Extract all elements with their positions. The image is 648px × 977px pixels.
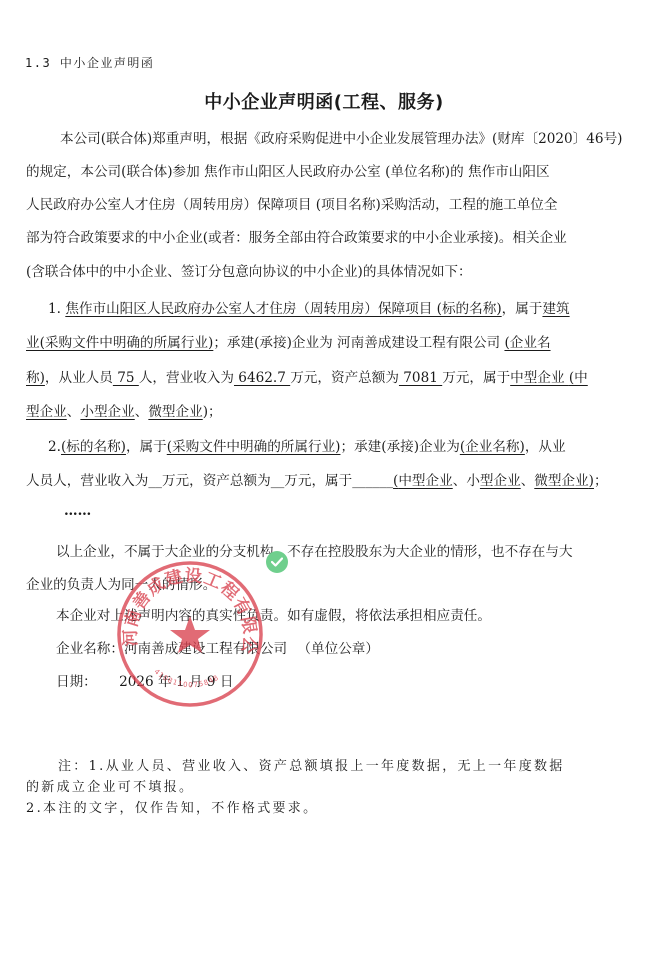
date-label: 日期： <box>56 674 97 690</box>
note-line: 2.本注的文字，仅作告知，不作格式要求。 <box>26 797 318 816</box>
industry: (采购文件中明确的所属行业) <box>167 439 341 455</box>
intro-line: 人民政府办公室人才住房（周转用房）保障项目 (项目名称)采购活动，工程的施工单位… <box>26 193 558 213</box>
year: 2026 <box>119 674 154 690</box>
text: ，从业 <box>525 439 566 455</box>
date-line: 日期： 2026 年 1 月 9 日 <box>56 670 233 690</box>
text: 万元，资产总额为 <box>162 473 271 489</box>
size-option: 型企业 <box>480 473 521 489</box>
size-option: 小型企业 <box>80 404 134 420</box>
text: 万元，属于 <box>284 473 352 489</box>
target-name: (标的名称) <box>61 439 126 455</box>
text: 、 <box>521 473 535 489</box>
assets: 7081 <box>399 370 442 386</box>
ellipsis: …… <box>64 503 91 519</box>
text: ，属于 <box>126 439 167 455</box>
size-option: 微型企业 <box>534 473 588 489</box>
size-option: 中型企业 <box>398 473 452 489</box>
intro-line: 部为符合政策要求的中小企业(或者：服务全部由符合政策要求的中小企业承接)。相关企… <box>26 226 567 246</box>
text: 小 <box>466 473 480 489</box>
enterprise-size: 中型企业 <box>510 370 569 386</box>
month: 1 <box>176 674 185 690</box>
size-options: (中 <box>569 370 588 386</box>
text: )； <box>203 404 222 420</box>
blank: __ <box>148 473 162 489</box>
note-line: 的新成立企业可不填报。 <box>26 776 194 795</box>
industry: 业(采购文件中明确的所属行业) <box>26 335 213 351</box>
company-label: 称) <box>26 370 45 386</box>
item-number: 1. <box>48 301 61 317</box>
text: 、 <box>67 404 81 420</box>
text: 人员人，营业收入为 <box>26 473 148 489</box>
item1-line: 型企业、小型企业、微型企业)； <box>26 400 222 420</box>
statement-line: 企业的负责人为同一人的情形。 <box>26 573 216 593</box>
month-unit: 月 <box>189 674 203 690</box>
day-unit: 日 <box>220 674 234 690</box>
blank: __ <box>271 473 285 489</box>
year-unit: 年 <box>158 674 172 690</box>
size-option: 微型企业 <box>148 404 202 420</box>
text: ；承建(承接)企业为 <box>340 439 459 455</box>
company-name: (企业名称) <box>460 439 525 455</box>
project-name: 焦作市山阳区人民政府办公室人才住房（周转用房）保障项目 (标的名称) <box>65 301 501 317</box>
item2-line: 2.(标的名称)，属于(采购文件中明确的所属行业)；承建(承接)企业为(企业名称… <box>48 435 566 455</box>
item1-line: 称)，从业人员 75 人，营业收入为 6462.7 万元，资产总额为 7081 … <box>26 366 588 386</box>
page-title: 中小企业声明函(工程、服务) <box>0 88 648 114</box>
section-heading: 1.3 中小企业声明函 <box>25 54 154 71</box>
statement-line: 本企业对上述声明内容的真实性负责。如有虚假，将依法承担相应责任。 <box>56 604 491 624</box>
text: ；承建(承接)企业为 河南善成建设工程有限公司 <box>213 335 504 351</box>
item-number: 2. <box>48 439 61 455</box>
text: ，从业人员 <box>45 370 113 386</box>
text: 人，营业收入为 <box>139 370 234 386</box>
staff-count: 75 <box>113 370 139 386</box>
industry: 建筑 <box>542 301 569 317</box>
verified-check-icon <box>266 551 288 573</box>
item2-line: 人员人，营业收入为__万元，资产总额为__万元，属于______(中型企业、小型… <box>26 469 608 489</box>
text: 、 <box>135 404 149 420</box>
text: 、 <box>453 473 467 489</box>
day: 9 <box>207 674 216 690</box>
revenue: 6462.7 <box>234 370 290 386</box>
company-line: 企业名称：河南善成建设工程有限公司 （单位公章） <box>56 637 379 657</box>
text: 万元，资产总额为 <box>290 370 399 386</box>
company-name: 河南善成建设工程有限公司 <box>124 641 287 657</box>
statement-line: 以上企业，不属于大企业的分支机构，不存在控股股东为大企业的情形，也不存在与大 <box>56 540 573 560</box>
company-label: 企业名称： <box>56 641 124 657</box>
item1-line: 1. 焦作市山阳区人民政府办公室人才住房（周转用房）保障项目 (标的名称)，属于… <box>48 297 570 317</box>
intro-line: 本公司(联合体)郑重声明，根据《政府采购促进中小企业发展管理办法》(财库〔202… <box>60 127 622 147</box>
size-blank: ______ <box>352 473 393 489</box>
text: ，属于 <box>502 301 543 317</box>
item1-line: 业(采购文件中明确的所属行业)；承建(承接)企业为 河南善成建设工程有限公司 (… <box>26 331 551 351</box>
note-line: 注：1.从业人员、营业收入、资产总额填报上一年度数据，无上一年度数据 <box>58 755 565 774</box>
company-label: (企业名 <box>504 335 550 351</box>
intro-line: 的规定，本公司(联合体)参加 焦作市山阳区人民政府办公室 (单位名称)的 焦作市… <box>26 160 550 180</box>
intro-line: (含联合体中的中小企业、签订分包意向协议的中小企业)的具体情况如下： <box>26 260 472 280</box>
text: ； <box>594 473 608 489</box>
text: 万元，属于 <box>442 370 510 386</box>
size-option: 型企业 <box>26 404 67 420</box>
seal-label: （单位公章） <box>297 641 379 657</box>
